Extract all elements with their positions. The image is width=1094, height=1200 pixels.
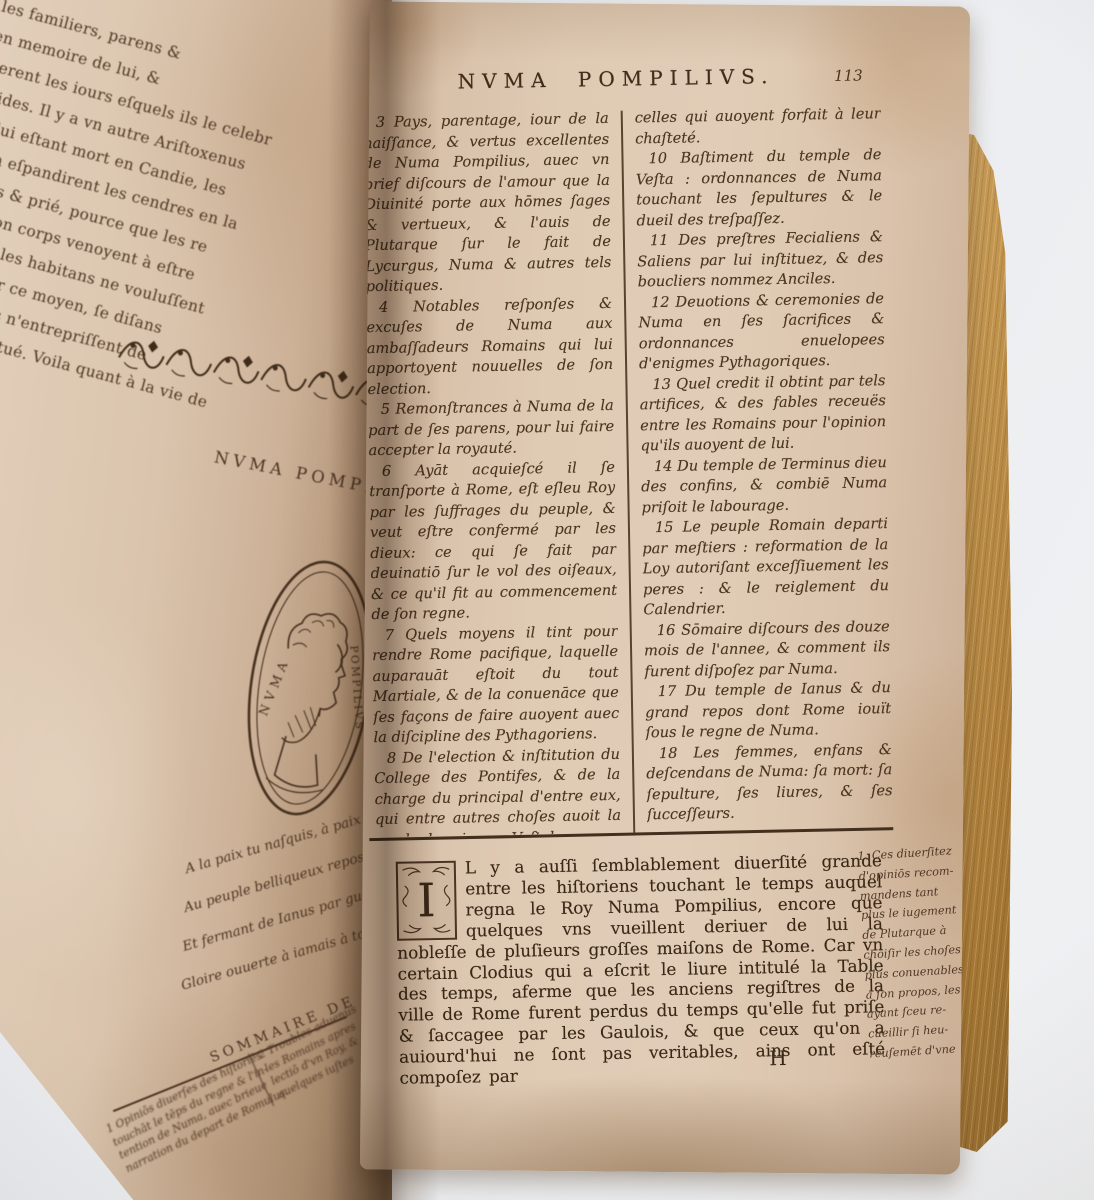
sommaire-columns: 1 Opiniōs diuerſes des hiſtoriēs touchāt… [104, 1005, 374, 1176]
summary-item: 4 Notables reſponſes & excuſes de Numa a… [366, 293, 614, 400]
summary-item: 8 De l'election & inſtitution du College… [374, 744, 622, 837]
sommaire-column-1: 1 Opiniōs diuerſes des hiſtoriēs touchāt… [104, 1054, 273, 1176]
summary-item: 18 Les femmes, enfans & deſcendans de Nu… [646, 740, 893, 826]
summary-item: 17 Du temple de Ianus & du grand repos d… [645, 678, 892, 744]
running-header: NVMA POMPILIVS. [360, 62, 876, 95]
initial-letter: I [398, 863, 455, 939]
summary-column-left: 3 Pays, parentage, iour de la naiſſance,… [363, 109, 622, 837]
summary-item: 3 Pays, parentage, iour de la naiſſance,… [363, 109, 612, 298]
decorated-initial: I [396, 861, 457, 941]
marginal-note: 1. Ces diuerſitez d'opiniōs recom- mande… [857, 841, 970, 1065]
summary-item-continuation: celles qui auoyent forfait à leur chaſte… [635, 104, 882, 149]
summary-columns: 3 Pays, parentage, iour de la naiſſance,… [363, 104, 894, 837]
left-book-page: ette les familiers, parens & arie en mem… [0, 0, 392, 1200]
page-number: 113 [834, 66, 863, 84]
summary-item: 7 Quels moyens il tint pour rendre Rome … [372, 621, 620, 748]
main-text-body: L y a auſſi ſemblablement diuerſité gran… [397, 850, 885, 1088]
summary-item: 13 Quel credit il obtint par tels artifi… [639, 371, 886, 457]
main-text-paragraph: I L y a auſſi ſemblablement diuerſité gr… [396, 850, 886, 1088]
summary-item: 15 Le peuple Romain departi par meſtiers… [642, 514, 890, 621]
antique-book-photo: ette les familiers, parens & arie en mem… [0, 0, 1094, 1200]
left-page-content: ette les familiers, parens & arie en mem… [0, 0, 392, 1200]
summary-column-right: celles qui auoyent forfait à leur chaſte… [635, 104, 894, 832]
summary-item: 10 Baſtiment du temple de Veſta : ordonn… [635, 145, 882, 231]
signature-mark: H [769, 1046, 787, 1070]
right-book-page: NVMA POMPILIVS. 113 3 Pays, parentage, i… [360, 1, 970, 1174]
summary-item: 11 Des preſtres Fecialiens & Saliens par… [637, 227, 884, 293]
summary-item: 16 Sōmaire diſcours des douze mois de l'… [644, 617, 891, 683]
summary-item: 14 Du temple de Terminus dieu des confin… [641, 453, 888, 519]
summary-item: 6 Ayāt acquieſcé il ſe tranſporte à Rome… [369, 457, 618, 625]
column-divider-rule [621, 111, 636, 833]
summary-item: 5 Remonſtrances à Numa de la part de ſes… [368, 396, 615, 462]
right-page-content: NVMA POMPILIVS. 113 3 Pays, parentage, i… [360, 1, 970, 1174]
running-header-title: NVMA POMPILIVS. [457, 64, 774, 94]
summary-item: 12 Deuotions & ceremonies de Numa en ſes… [638, 289, 885, 375]
